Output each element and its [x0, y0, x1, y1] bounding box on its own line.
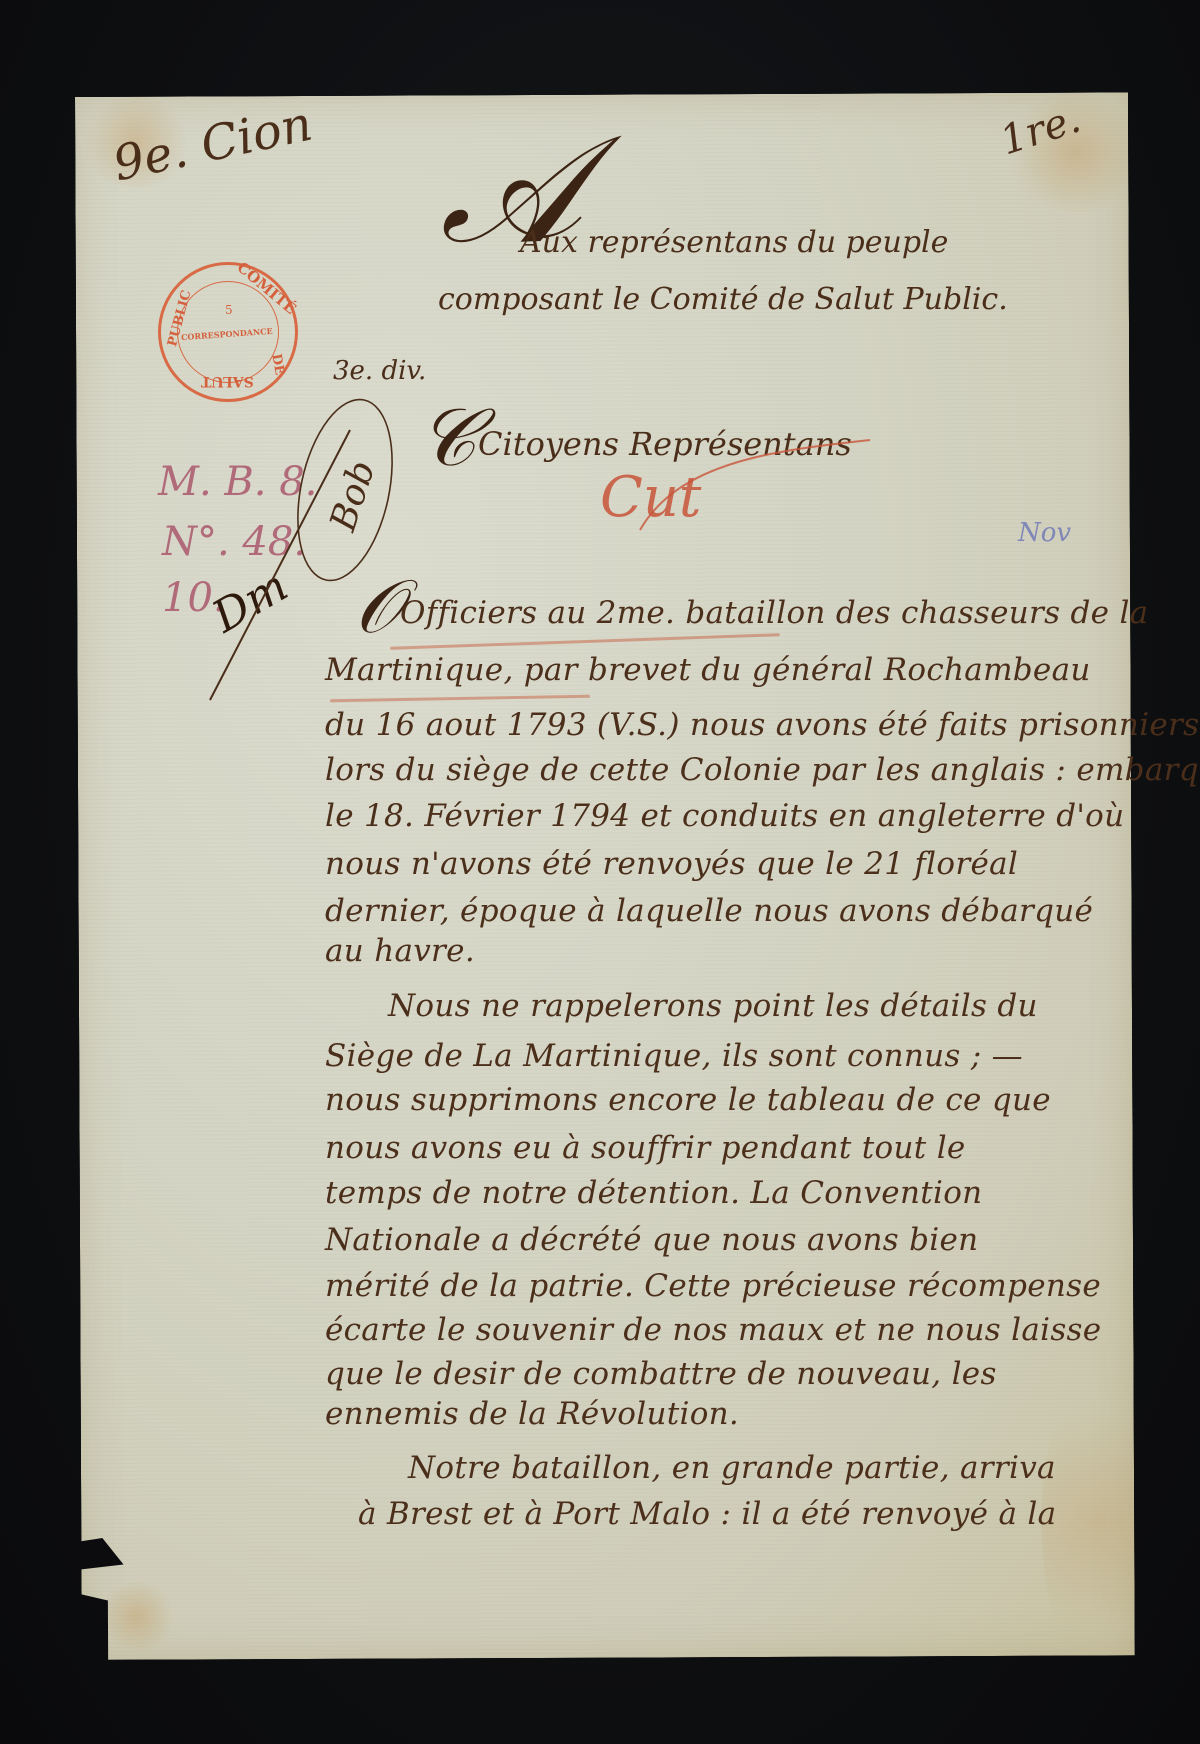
body-line: Notre bataillon, en grande partie, arriv…	[408, 1450, 1056, 1486]
stamp-text-bottom: SALUT	[201, 373, 254, 389]
body-line: nous avons eu à souffrir pendant tout le	[325, 1130, 966, 1166]
body-line: Martinique, par brevet du général Rocham…	[325, 652, 1091, 688]
body-line: du 16 aout 1793 (V.S.) nous avons été fa…	[325, 707, 1199, 743]
annotation-division: 3e. div.	[333, 358, 426, 384]
body-line: écarte le souvenir de nos maux et ne nou…	[325, 1312, 1101, 1348]
photo-background: 9e. Cion 1re. 𝒜 Aux représentans du peup…	[0, 0, 1200, 1744]
body-line: Nous ne rappelerons point les détails du	[388, 988, 1038, 1024]
body-line: Officiers au 2me. bataillon des chasseur…	[400, 595, 1148, 631]
paragraph-initial-flourish: 𝒪	[355, 570, 402, 644]
body-line: Siège de La Martinique, ils sont connus …	[325, 1038, 1023, 1074]
body-line: nous n'avons été renvoyés que le 21 flor…	[325, 846, 1018, 882]
body-line: à Brest et à Port Malo : il a été renvoy…	[358, 1496, 1056, 1532]
body-line: lors du siège de cette Colonie par les a…	[325, 752, 1200, 788]
address-line-2: composant le Comité de Salut Public.	[438, 285, 1008, 315]
body-line: au havre.	[325, 933, 475, 969]
paper-stain	[1041, 1372, 1152, 1672]
body-line: dernier, époque à laquelle nous avons dé…	[325, 893, 1093, 929]
comite-salut-public-stamp: COMITÉ DE SALUT PUBLIC 5 CORRESPONDANCE	[158, 262, 298, 402]
body-line: que le desir de combattre de nouveau, le…	[325, 1356, 997, 1392]
body-line: mérité de la patrie. Cette précieuse réc…	[325, 1268, 1101, 1304]
body-line: le 18. Février 1794 et conduits en angle…	[325, 798, 1124, 834]
body-line: nous supprimons encore le tableau de ce …	[325, 1082, 1051, 1118]
red-flourish-icon	[600, 420, 880, 540]
blue-pencil-mark: Nov	[1018, 520, 1071, 546]
address-line-1: Aux représentans du peuple	[520, 228, 948, 258]
stamp-number: 5	[225, 303, 233, 317]
stamp-text-right: DE	[268, 353, 286, 376]
body-line: ennemis de la Révolution.	[325, 1396, 739, 1432]
paper-stain	[101, 1577, 171, 1657]
body-line: Nationale a décrété que nous avons bien	[325, 1222, 978, 1258]
body-line: temps de notre détention. La Convention	[325, 1175, 982, 1211]
salutation-initial-flourish: 𝒞	[418, 398, 476, 478]
